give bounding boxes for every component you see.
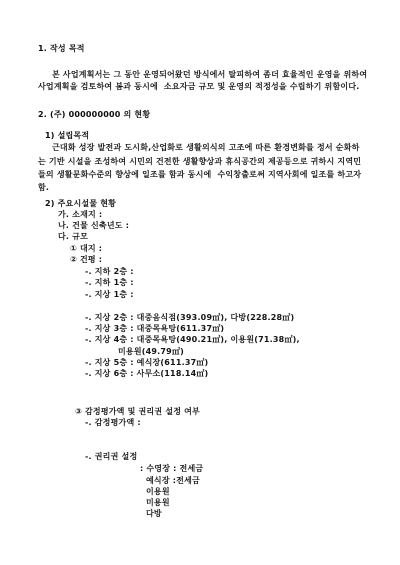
facilities-heading: 2) 주요시설물 현황 — [45, 199, 116, 209]
purpose-paragraph-line: 들의 생활문화수준의 향상에 일조를 함과 동시에 수익창출로써 지역사회에 일… — [38, 170, 361, 180]
rights-item-beauty-salon: 미용원 — [146, 498, 170, 508]
purpose-paragraph-line: 는 기반 시설을 조성하여 시민의 건전한 생활향상과 휴식공간의 제공등으로 … — [38, 157, 361, 167]
appraisal-value-label: -. 감정평가액 : — [85, 418, 141, 428]
floor-item-ground-1: -. 지상 1층 : — [85, 290, 134, 300]
location-label: 가. 소재지 : — [58, 210, 102, 220]
rights-item-pool: : 수영장 : 전세금 — [140, 464, 203, 474]
purpose-paragraph-line: 함. — [38, 183, 49, 193]
floor-item-basement-1: -. 지하 1층 : — [85, 278, 134, 288]
floor-item-ground-2: -. 지상 2층 : 대중음식점(393.09㎡), 다방(228.28㎡) — [85, 313, 294, 323]
floor-item-ground-6: -. 지상 6층 : 사무소(118.14㎡) — [85, 369, 208, 379]
intro-paragraph-line: 사업계획을 검토하여 봄과 동시에 소요자금 규모 및 운영의 적정성을 수립하… — [38, 82, 359, 92]
rights-label: -. 권리권 설정 — [85, 452, 137, 462]
built-year-label: 나. 건물 신축년도 : — [58, 221, 129, 231]
appraisal-heading: ③ 감정평가액 및 권리권 설정 여부 — [75, 407, 200, 417]
document-page: 1. 작성 목적 본 사업계획서는 그 동안 운영되어왔던 방식에서 탈피하여 … — [0, 0, 400, 565]
floor-item-ground-4: -. 지상 4층 : 대중목욕탕(490.21㎡), 이용원(71.38㎡), — [85, 335, 300, 345]
intro-paragraph-line: 본 사업계획서는 그 동안 운영되어왔던 방식에서 탈피하여 좀더 효율적인 운… — [52, 70, 367, 80]
floor-item-basement-2: -. 지하 2층 : — [85, 267, 134, 277]
section-1-heading: 1. 작성 목적 — [38, 44, 85, 54]
scale-label: 다. 규모 — [58, 232, 88, 242]
rights-item-wedding-hall: 예식장 :전세금 — [146, 476, 200, 486]
floor-item-ground-3: -. 지상 3층 : 대중목욕탕(611.37㎡) — [85, 324, 224, 334]
founding-purpose-heading: 1) 설립목적 — [45, 131, 89, 141]
land-label: ① 대지 : — [70, 244, 102, 254]
section-2-heading: 2. (주) 000000000 의 현황 — [38, 110, 150, 120]
building-area-label: ② 건평 : — [70, 255, 102, 265]
rights-item-barbershop: 이용원 — [146, 487, 170, 497]
floor-item-ground-4-continuation: 미용원(49.79㎡) — [118, 347, 184, 357]
rights-item-tearoom: 다방 — [146, 509, 162, 519]
floor-item-ground-5: -. 지상 5층 : 예식장(611.37㎡) — [85, 358, 208, 368]
purpose-paragraph-line: 근대화 성장 발전과 도시화,산업화로 생활의식의 고조에 따른 환경변화를 정… — [52, 143, 360, 153]
